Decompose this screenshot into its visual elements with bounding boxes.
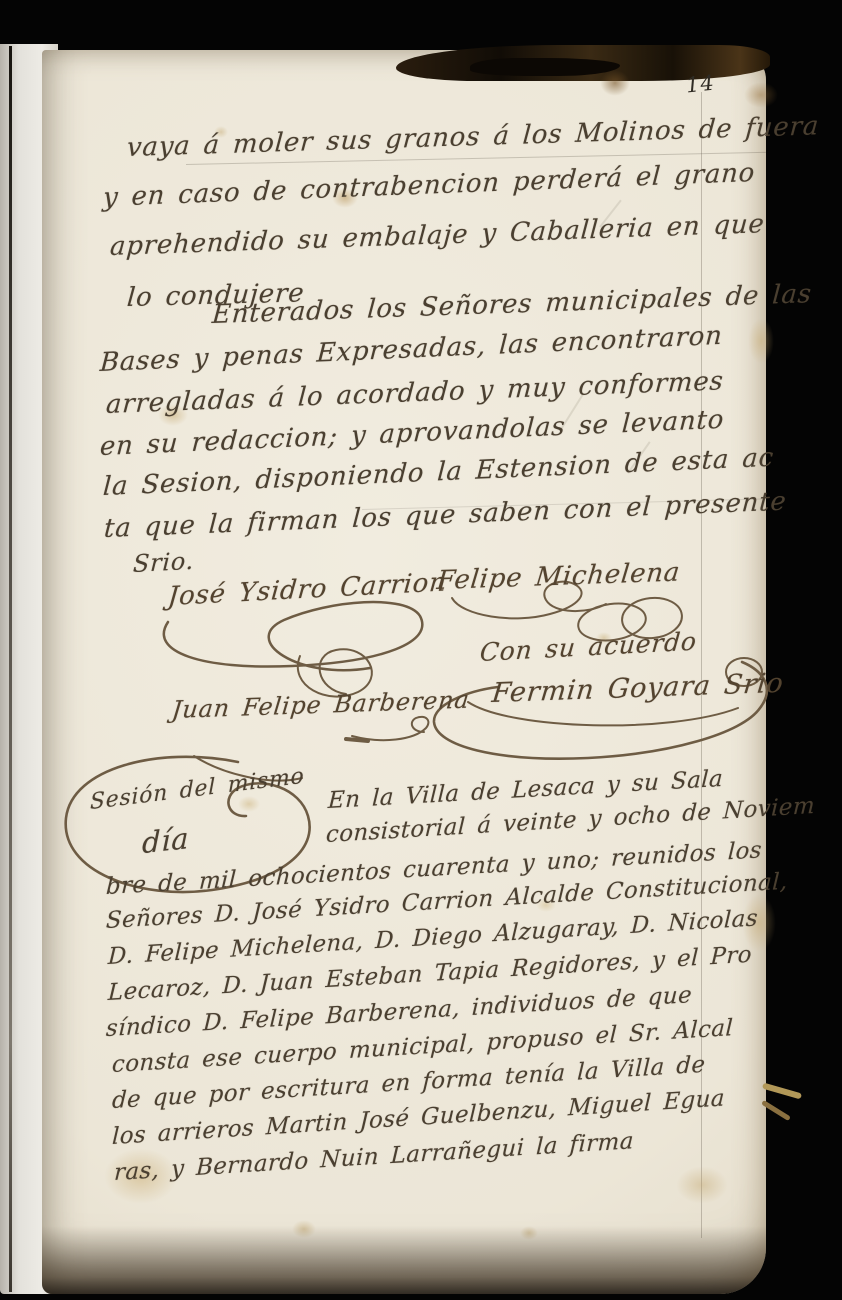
binding-crease [9, 46, 12, 1292]
paper-stain [600, 70, 630, 96]
paper-stain [744, 82, 778, 108]
manuscript-line: Srio. [132, 547, 195, 578]
paper-stain [748, 318, 774, 364]
paper-stain [238, 796, 260, 812]
page-bottom-shadow [42, 1226, 766, 1294]
paper-stain [676, 1166, 728, 1204]
decayed-top-edge-dark [470, 58, 620, 76]
margin-note-line2: día [142, 821, 190, 860]
manuscript-scan: 14 vaya á moler sus granos á los Molinos… [0, 0, 842, 1300]
page-number: 14 [685, 71, 716, 98]
